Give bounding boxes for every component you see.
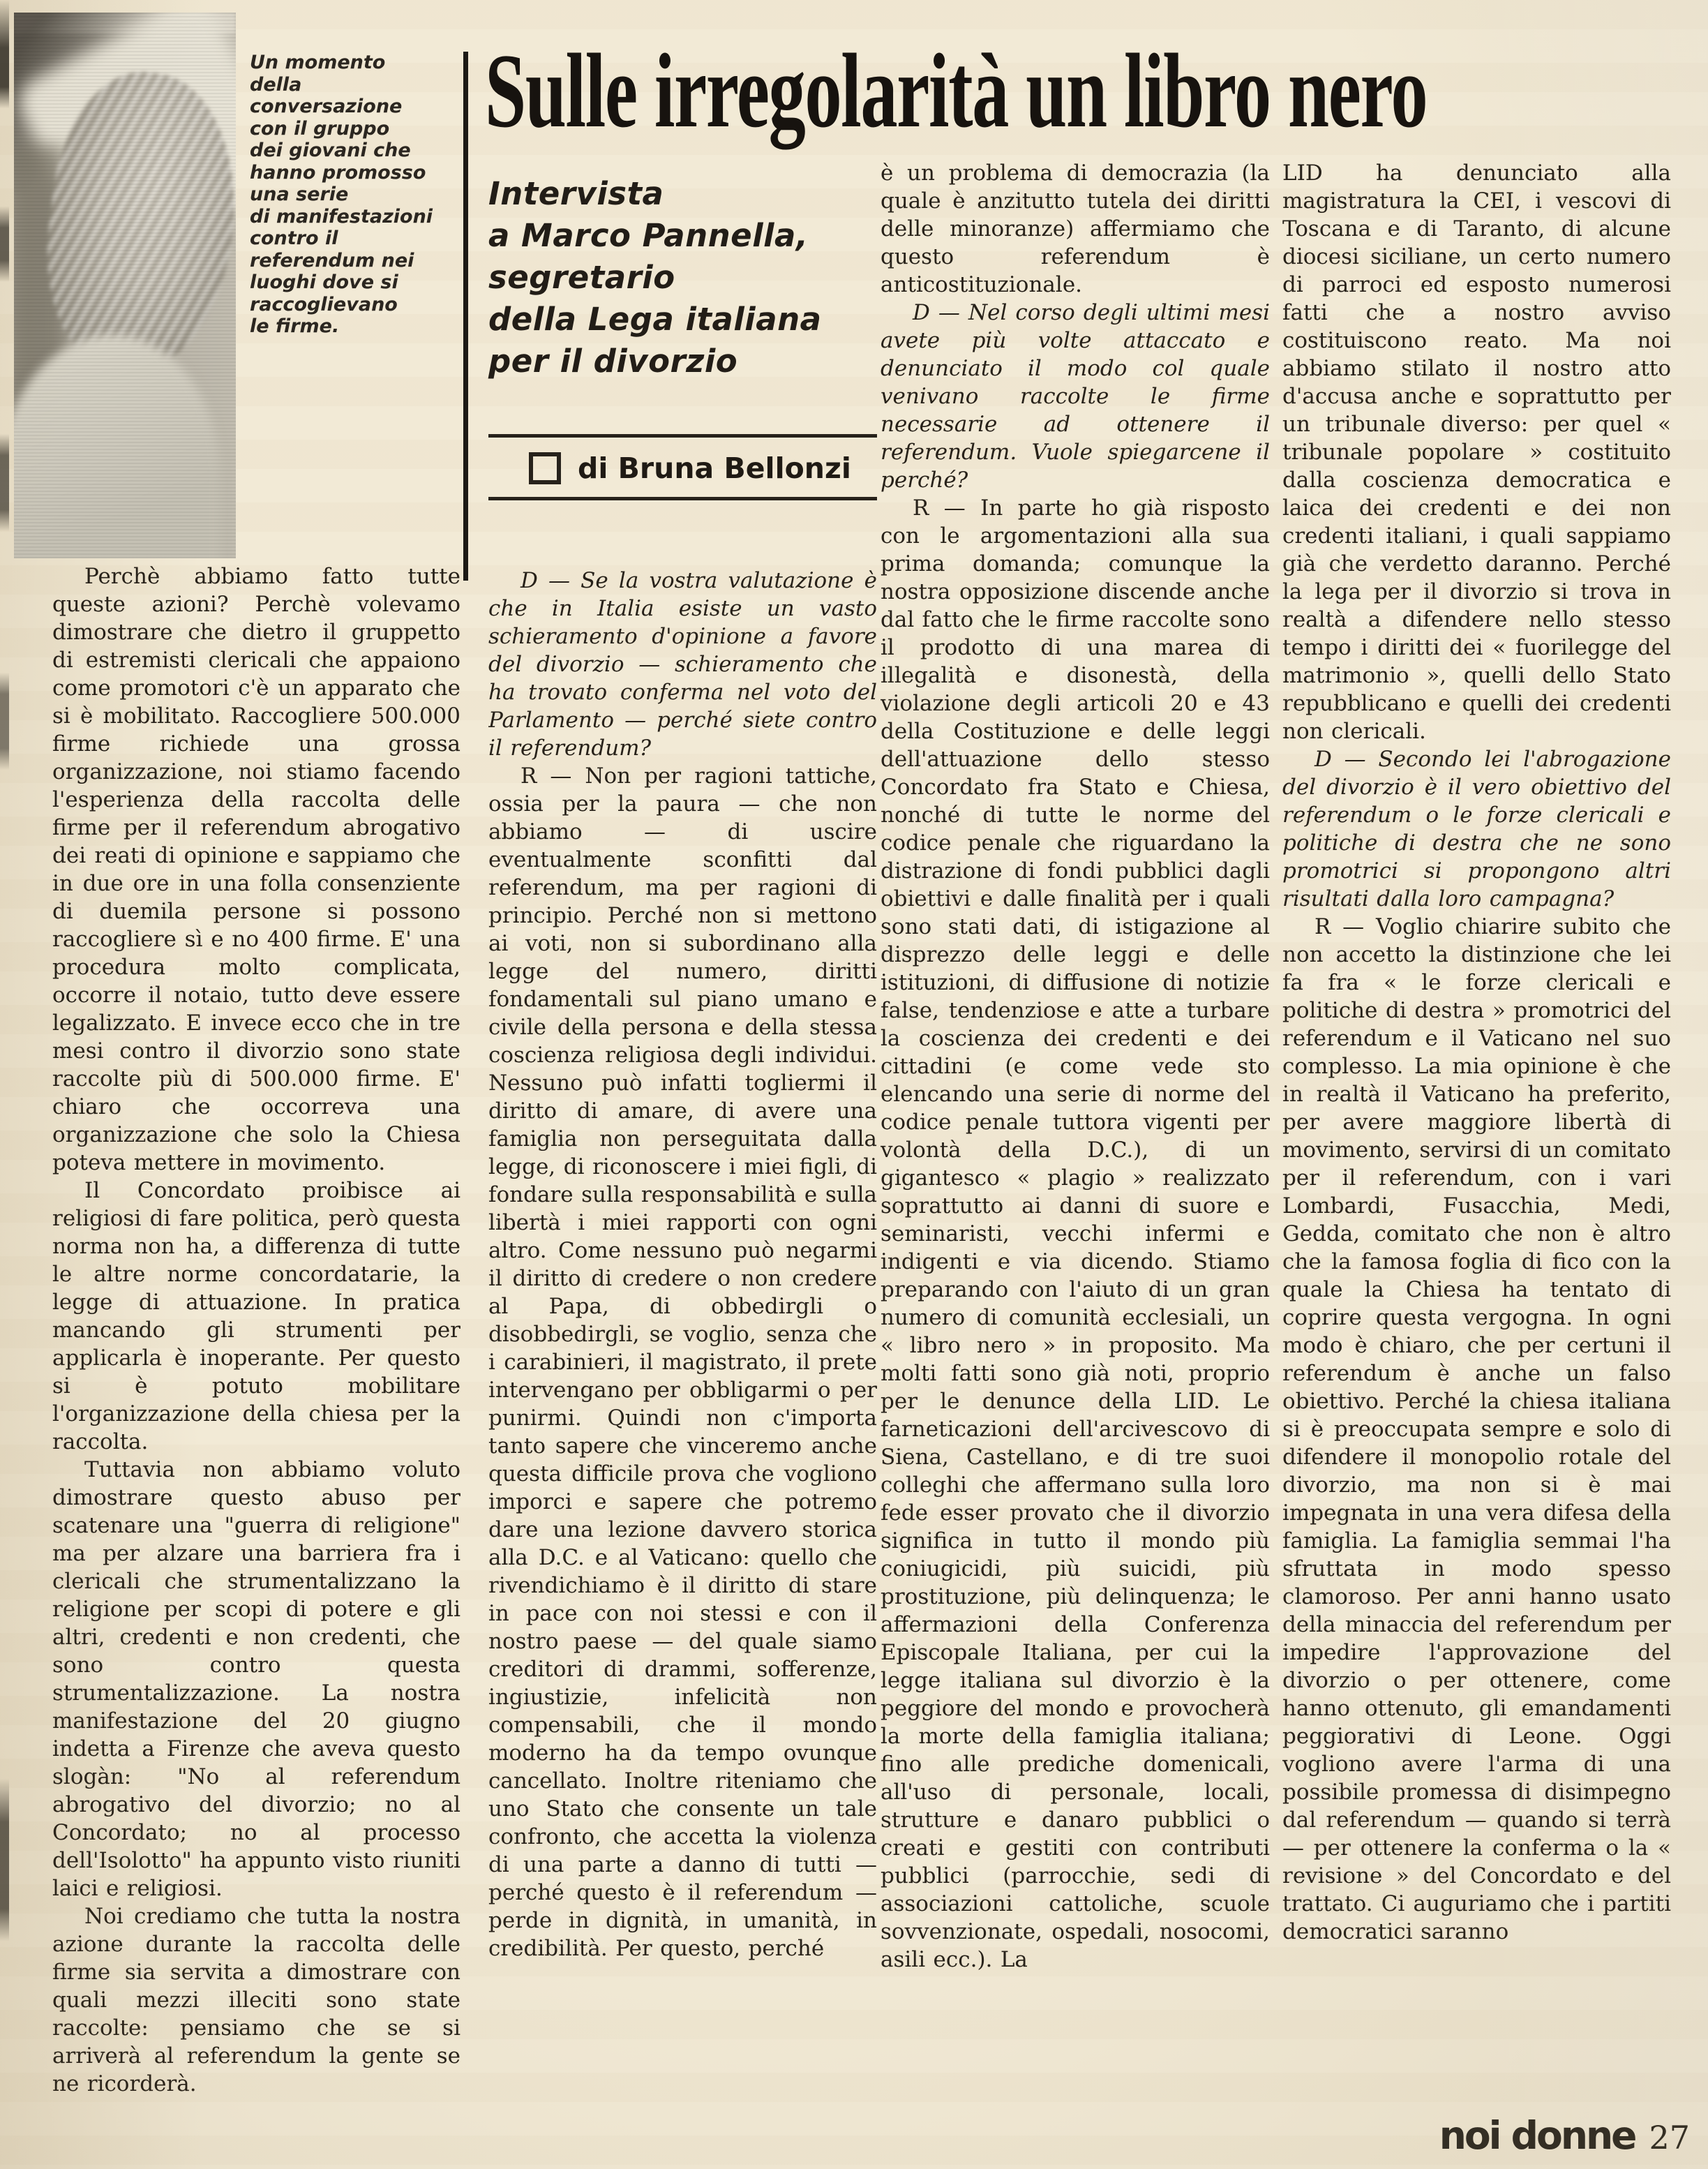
byline-rule-top bbox=[488, 434, 877, 438]
article-paragraph: R — Non per ragioni tattiche, ossia per … bbox=[488, 762, 877, 1962]
byline-square-icon bbox=[529, 452, 561, 484]
byline-rule-bottom bbox=[488, 497, 877, 500]
standfirst: Intervista a Marco Pannella, segretario … bbox=[488, 173, 879, 382]
magazine-logo: noi donne bbox=[1439, 2113, 1635, 2158]
headline: Sulle irregolarità un libro nero bbox=[485, 35, 1708, 154]
article-paragraph: D — Secondo lei l'abrogazione del divorz… bbox=[1282, 745, 1671, 913]
magazine-page: Un momento della conversazione con il gr… bbox=[0, 0, 1708, 2169]
article-column-2: D — Se la vostra valutazione è che in It… bbox=[488, 567, 877, 2155]
article-column-3: è un problema di democrazia (la quale è … bbox=[881, 159, 1270, 2155]
page-number: 27 bbox=[1649, 2119, 1690, 2156]
article-paragraph: Tuttavia non abbiamo voluto dimostrare q… bbox=[52, 1456, 460, 1902]
article-paragraph: è un problema di democrazia (la quale è … bbox=[881, 159, 1270, 299]
scan-edge-artifact bbox=[0, 0, 9, 2169]
byline: di Bruna Bellonzi bbox=[578, 452, 851, 485]
article-column-4: LID ha denunciato alla magistratura la C… bbox=[1282, 159, 1671, 2155]
article-paragraph: D — Nel corso degli ultimi mesi avete pi… bbox=[881, 299, 1270, 494]
vertical-divider bbox=[463, 52, 468, 581]
article-paragraph: Il Concordato proibisce ai religiosi di … bbox=[52, 1177, 460, 1456]
article-paragraph: D — Se la vostra valutazione è che in It… bbox=[488, 567, 877, 762]
article-column-1: Perchè abbiamo fatto tutte queste azioni… bbox=[52, 562, 460, 2155]
article-photo bbox=[14, 13, 236, 558]
article-paragraph: R — Voglio chiarire subito che non accet… bbox=[1282, 913, 1671, 1946]
article-paragraph: Perchè abbiamo fatto tutte queste azioni… bbox=[52, 562, 460, 1177]
photo-grain bbox=[14, 13, 236, 558]
byline-row: di Bruna Bellonzi bbox=[488, 445, 877, 491]
photo-caption: Un momento della conversazione con il gr… bbox=[250, 52, 459, 338]
page-footer: noi donne 27 bbox=[1439, 2113, 1690, 2158]
headline-text: Sulle irregolarità un libro nero bbox=[485, 35, 1427, 147]
article-paragraph: Noi crediamo che tutta la nostra azione … bbox=[52, 1902, 460, 2098]
article-paragraph: LID ha denunciato alla magistratura la C… bbox=[1282, 159, 1671, 745]
article-paragraph: R — In parte ho già risposto con le argo… bbox=[881, 494, 1270, 1974]
